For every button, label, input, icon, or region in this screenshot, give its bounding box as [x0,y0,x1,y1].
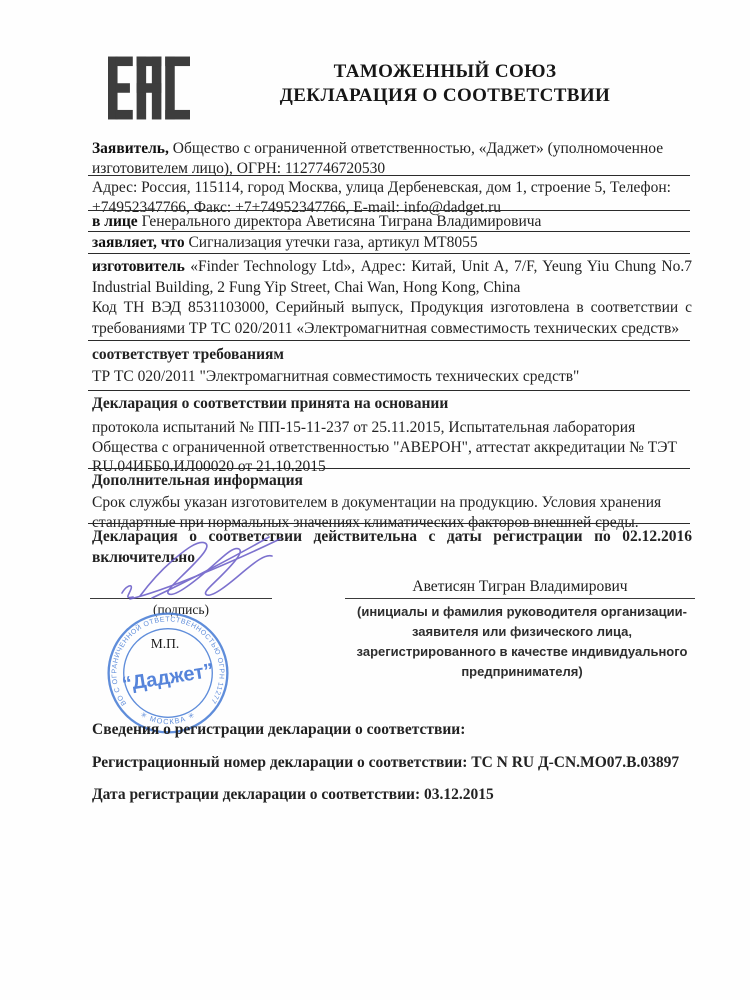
registration-number-label: Регистрационный номер декларации о соотв… [92,754,467,771]
basis-label: Декларация о соответствии принята на осн… [92,394,692,414]
document-page: ТАМОЖЕННЫЙ СОЮЗ ДЕКЛАРАЦИЯ О СООТВЕТСТВИ… [0,0,750,1000]
divider [88,468,690,469]
svg-text:ОБЩЕСТВО С ОГРАНИЧЕННОЙ ОТВЕТС: ОБЩЕСТВО С ОГРАНИЧЕННОЙ ОТВЕТСТВЕННОСТЬЮ… [95,600,225,706]
applicant-label: Заявитель, [92,140,169,157]
document-title: ТАМОЖЕННЫЙ СОЮЗ ДЕКЛАРАЦИЯ О СООТВЕТСТВИ… [190,60,700,108]
title-line1: ТАМОЖЕННЫЙ СОЮЗ [190,60,700,84]
declares-row: заявляет, что Сигнализация утечки газа, … [92,233,692,253]
tn-ved-text: Код ТН ВЭД 8531103000, Серийный выпуск, … [92,299,692,337]
divider [88,175,690,176]
declares-text: Сигнализация утечки газа, артикул MT8055 [185,234,478,251]
applicant-text: Общество с ограниченной ответственностью… [92,140,663,177]
signer-name: Аветисян Тигран Владимирович [345,578,695,596]
conforms-text: ТР ТС 020/2011 "Электромагнитная совмест… [92,367,692,387]
in-person-label: в лице [92,213,138,230]
tn-ved-row: Код ТН ВЭД 8531103000, Серийный выпуск, … [92,298,692,339]
applicant-row: Заявитель, Общество с ограниченной ответ… [92,139,692,178]
registration-date-value: 03.12.2015 [420,786,494,803]
manufacturer-row: изготовитель «Finder Technology Ltd», Ад… [92,257,692,298]
title-line2: ДЕКЛАРАЦИЯ О СООТВЕТСТВИИ [190,84,700,108]
stamp-center-text: “Даджет” [121,660,216,696]
registration-date-row: Дата регистрации декларации о соответств… [92,785,692,805]
divider [88,231,690,232]
registration-number-value: ТС N RU Д-CN.MO07.B.03897 [467,754,679,771]
signer-caption: (инициалы и фамилия руководителя организ… [352,602,692,682]
declares-label: заявляет, что [92,234,185,251]
divider [88,523,690,524]
conforms-label: соответствует требованиям [92,345,692,365]
eac-logo-icon [108,56,190,120]
divider [88,390,690,391]
registration-date-label: Дата регистрации декларации о соответств… [92,786,420,803]
additional-label: Дополнительная информация [92,471,692,491]
manufacturer-label: изготовитель [92,258,185,275]
in-person-text: Генерального директора Аветисяна Тиграна… [138,213,542,230]
signer-name-line [345,598,695,599]
divider [88,253,690,254]
divider [88,340,690,341]
stamp-ring-text: ОБЩЕСТВО С ОГРАНИЧЕННОЙ ОТВЕТСТВЕННОСТЬЮ… [95,600,225,706]
registration-info-label: Сведения о регистрации декларации о соот… [92,720,692,740]
in-person-row: в лице Генерального директора Аветисяна … [92,212,692,232]
divider [88,210,690,211]
handwritten-signature [112,533,297,611]
registration-number-row: Регистрационный номер декларации о соотв… [92,753,692,773]
